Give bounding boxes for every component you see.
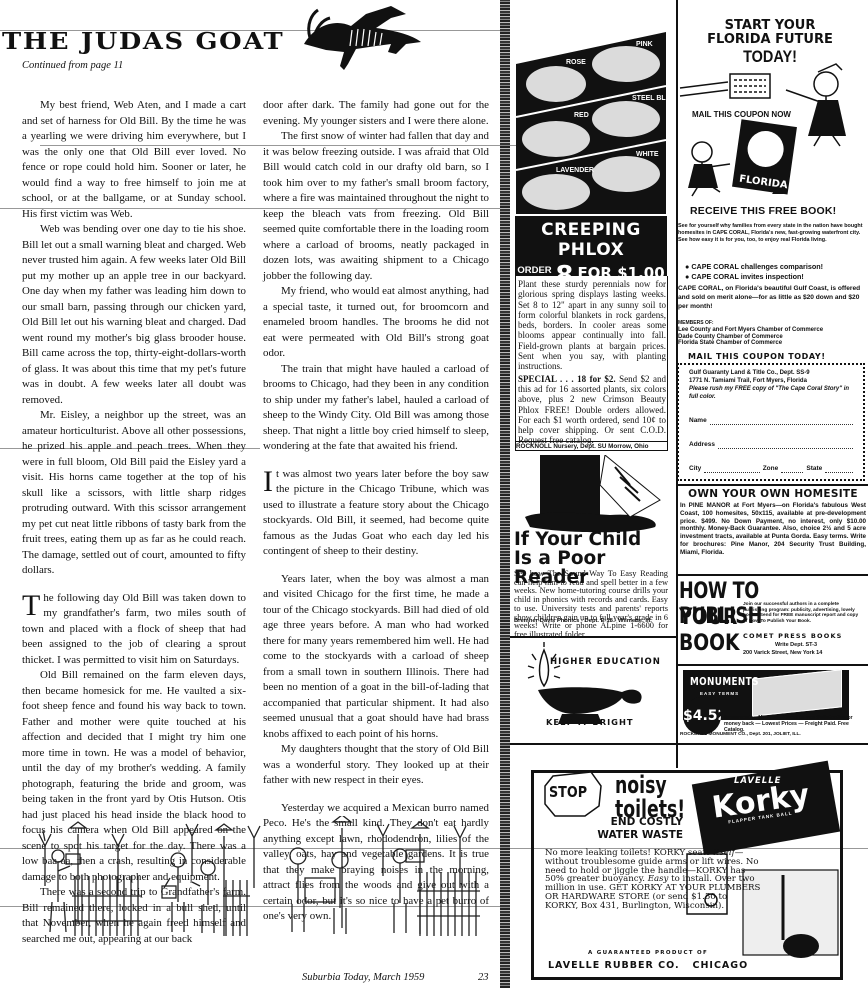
leaping-goat-illustration — [296, 4, 426, 72]
stop-label: STOP — [549, 783, 587, 801]
drop-cap: T — [22, 593, 40, 619]
guarantee-label: A GUARANTEED PRODUCT OF — [588, 950, 708, 956]
color-label-pink: PINK — [636, 41, 653, 48]
paragraph: Years later, when the boy was almost a m… — [263, 572, 489, 743]
phlox-ad-body: Plant these sturdy perennials now for gl… — [518, 279, 666, 446]
phlox-ad-signature: ROCKNOLL Nursery, Dept. SU Morrow, Ohio — [516, 441, 668, 450]
mail-in-coupon[interactable]: Gulf Guaranty Land & Title Co., Dept. SS… — [677, 363, 865, 481]
paragraph: The train that might have hauled a carlo… — [263, 362, 489, 455]
bullet-item: ● CAPE CORAL invites inspection! — [685, 272, 823, 282]
magazine-footer: Suburbia Today, March 1959 — [302, 972, 424, 983]
paragraph: Web was bending over one day to tie his … — [22, 222, 246, 408]
divider — [510, 743, 868, 745]
florida-intro: See for yourself why families from every… — [678, 223, 866, 244]
publisher-name: COMET PRESS BOOKS — [743, 632, 843, 640]
phlox-flower-color-swatches: PINK ROSE STEEL BLUE RED WHITE LAVENDER — [516, 14, 666, 214]
florida-bullets: ● CAPE CORAL challenges comparison! ● CA… — [685, 262, 823, 282]
mail-coupon-now-label: MAIL THIS COUPON NOW — [692, 110, 791, 119]
paragraph: My best friend, Web Aten, and I made a c… — [22, 98, 246, 222]
divider — [676, 574, 868, 576]
bullet-item: ● CAPE CORAL challenges comparison! — [685, 262, 823, 272]
easy-terms-label: EASY TERMS — [700, 691, 739, 696]
korky-ad-body: No more leaking toilets! KORKY seats its… — [545, 849, 761, 911]
homesite-ad-title: OWN YOUR OWN HOMESITE — [680, 488, 866, 500]
coupon-name-field[interactable]: Name — [689, 417, 853, 425]
publisher-address: 200 Varick Street, New York 14 — [743, 650, 822, 656]
color-label-steel-blue: STEEL BLUE — [632, 95, 666, 102]
mail-coupon-today-label: MAIL THIS COUPON TODAY! — [688, 352, 826, 361]
korky-subhead: END COSTLY WATER WASTE — [593, 816, 683, 842]
price-badge: $4.52 — [683, 697, 721, 735]
continued-from-note: Continued from page 11 — [22, 60, 123, 71]
publish-ad-your: YOUR — [679, 605, 737, 630]
paragraph: My daughters thought that the story of O… — [263, 742, 489, 789]
divider — [676, 664, 868, 666]
coupon-address-field[interactable]: Address — [689, 441, 853, 449]
price: FOR $1.00 — [577, 266, 664, 277]
publisher-dept: Write Dept. ST-3 — [775, 642, 817, 648]
color-label-red: RED — [574, 112, 589, 119]
spilled-ink-book-illustration — [520, 455, 665, 535]
divider — [510, 636, 678, 638]
coupon-city-zone-state-field[interactable]: CityZoneState — [689, 465, 853, 473]
paragraph-dropcap: The following day Old Bill was taken dow… — [22, 591, 246, 669]
neighbors-cartoon-illustration — [20, 816, 500, 936]
halftone-gutter-strip — [500, 0, 510, 988]
publish-ad-body: Join our successful authors in a complet… — [743, 602, 863, 624]
reader-ad-signature: Bremner-Davis Phonics - Dept. E-18 - Wil… — [514, 618, 668, 624]
page-number: 23 — [478, 972, 489, 983]
monuments-signature: ROCKDALE MONUMENT CO., Dept. 201, JOLIET… — [680, 732, 866, 737]
keep-it-bright-slogan: KEEP IT BRIGHT — [546, 717, 634, 727]
phlox-title: CREEPING PHLOX — [515, 220, 667, 260]
reader-ad-body: See how The Sound Way To Easy Reading ca… — [514, 570, 668, 640]
members-list: MEMBERS OF: Lee County and Fort Myers Ch… — [678, 320, 866, 347]
lavelle-company: LAVELLE RUBBER CO. CHICAGO — [548, 960, 748, 971]
homesite-ad-body: In PINE MANOR at Fort Myers—on Florida's… — [680, 502, 866, 557]
monuments-body: Monuments—Markers—Direct to you Satisfac… — [724, 715, 866, 733]
receive-free-book-label: RECEIVE THIS FREE BOOK! — [690, 205, 836, 217]
color-label-white: WHITE — [636, 151, 659, 158]
paragraph: My friend, who would eat almost anything… — [263, 284, 489, 362]
special-offer-label: SPECIAL . . . 18 for $2. — [518, 374, 616, 384]
drop-cap: I — [263, 469, 273, 495]
quantity: 8 — [555, 263, 573, 276]
divider — [676, 484, 868, 486]
korky-headline: noisy toilets! — [615, 773, 685, 821]
paragraph: door after dark. The family had gone out… — [263, 98, 489, 129]
paragraph: Mr. Eisley, a neighbor up the street, wa… — [22, 408, 246, 579]
phlox-ad-header: CREEPING PHLOX ORDER NOW 8 FOR $1.00 ASS… — [515, 216, 667, 276]
florida-ad-title: START YOUR FLORIDA FUTURE — [680, 19, 860, 47]
phlox-offer: ORDER NOW 8 FOR $1.00 ASSORTED — [515, 263, 667, 276]
color-label-lavender: LAVENDER — [556, 167, 594, 174]
higher-education-title: HIGHER EDUCATION — [550, 657, 661, 667]
color-label-rose: ROSE — [566, 59, 586, 66]
cape-coral-offer: CAPE CORAL, on Florida's beautiful Gulf … — [678, 284, 866, 311]
paragraph-dropcap: It was almost two years later before the… — [263, 467, 489, 560]
mailman-coupon-illustration: FLORIDA — [678, 60, 868, 202]
paragraph: The first snow of winter had fallen that… — [263, 129, 489, 284]
publish-ad-book: BOOK — [679, 631, 740, 656]
article-column-2: door after dark. The family had gone out… — [263, 98, 489, 925]
monuments-title: MONUMENTS — [690, 675, 759, 688]
article-headline: THE JUDAS GOAT — [2, 28, 284, 55]
order-now-label: ORDER NOW — [517, 266, 551, 276]
